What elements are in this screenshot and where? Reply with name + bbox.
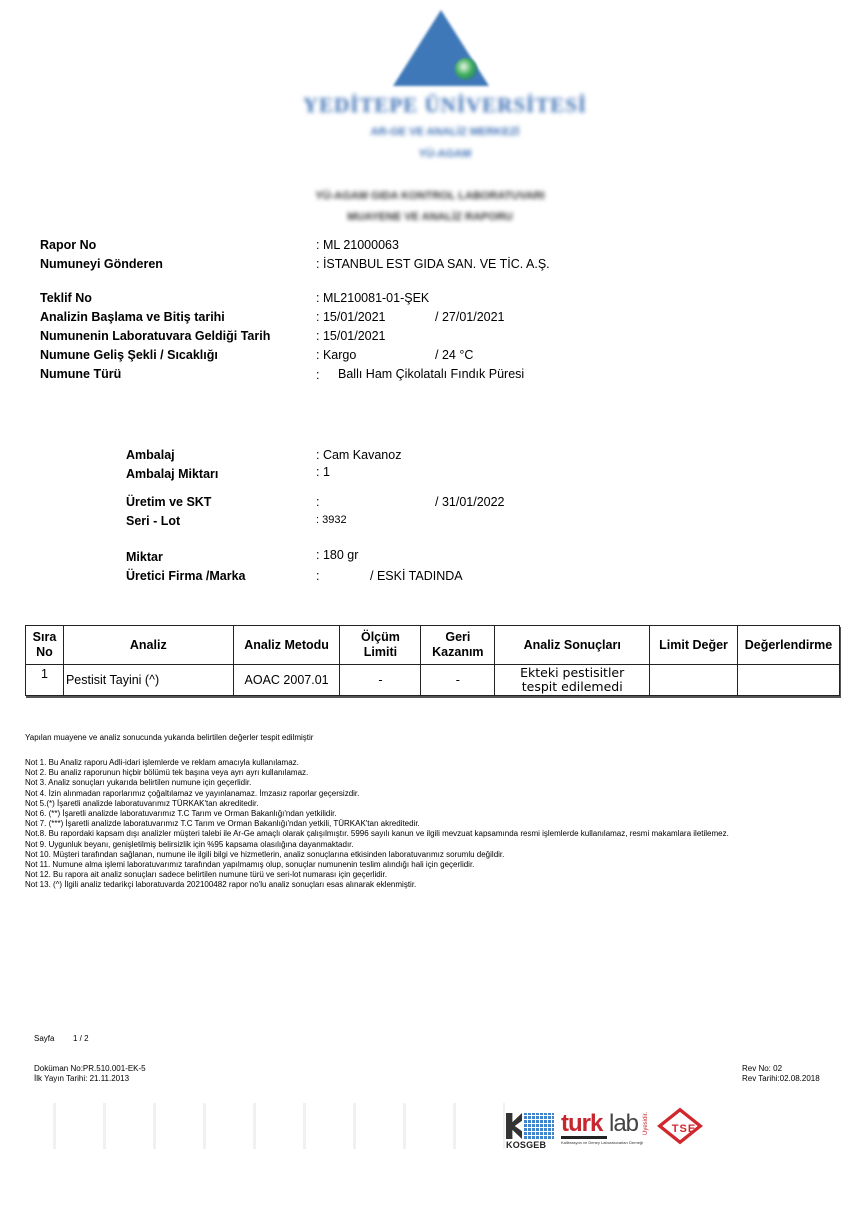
note-item: Not 3. Analiz sonuçları yukarıda belirti… xyxy=(25,778,729,788)
teklif-no-value: : ML210081-01-ŞEK xyxy=(316,291,429,305)
uretici-label: Üretici Firma /Marka xyxy=(126,569,246,583)
revision-number: Rev No: 02 xyxy=(742,1064,782,1074)
numune-turu-colon: : xyxy=(316,368,319,382)
tse-logo: TSE xyxy=(660,1117,710,1145)
page-label: Sayfa xyxy=(34,1034,54,1044)
first-publication-date: İlk Yayın Tarihi: 21.11.2013 xyxy=(34,1074,129,1084)
note-item: Not 5.(*) İşaretli analizde laboratuvarı… xyxy=(25,799,729,809)
ambalaj-value: : Cam Kavanoz xyxy=(316,448,401,462)
header-olcum-limiti: ÖlçümLimiti xyxy=(340,626,421,665)
rapor-no-label: Rapor No xyxy=(40,238,96,252)
table-header-row: SıraNo Analiz Analiz Metodu ÖlçümLimiti … xyxy=(26,626,840,665)
note-item: Not.8. Bu rapordaki kapsam dışı analizle… xyxy=(25,829,729,839)
analiz-baslama-value: : 15/01/2021 xyxy=(316,310,386,324)
uretim-skt-colon: : xyxy=(316,495,319,509)
table-row: 1 Pestisit Tayini (^) AOAC 2007.01 - - E… xyxy=(26,665,840,696)
note-item: Not 7. (***) İşaretli analizde laboratuv… xyxy=(25,819,729,829)
cell-analiz-sonucu: Ekteki pestisitlertespit edilemedi xyxy=(495,665,650,696)
lab-title: YÜ-AGAM GIDA KONTROL LABORATUVARI xyxy=(230,190,630,202)
gelis-tarih-label: Numunenin Laboratuvara Geldiği Tarih xyxy=(40,329,270,343)
note-item: Not 6. (**) İşaretli analizde laboratuva… xyxy=(25,809,729,819)
header-analiz-sonuclari: Analiz Sonuçları xyxy=(495,626,650,665)
header-analiz-metodu: Analiz Metodu xyxy=(233,626,340,665)
document-number: Doküman No:PR.510.001-EK-5 xyxy=(34,1064,146,1074)
kosgeb-grid-icon xyxy=(524,1113,554,1139)
numune-turu-label: Numune Türü xyxy=(40,367,121,381)
sicaklik-value: / 24 °C xyxy=(435,348,473,362)
cell-sira-no: 1 xyxy=(26,665,64,696)
analiz-bitis-value: / 27/01/2021 xyxy=(435,310,505,324)
university-logo-globe-icon xyxy=(455,58,477,80)
header-geri-kazanim: GeriKazanım xyxy=(421,626,495,665)
cell-analiz: Pestisit Tayini (^) xyxy=(63,665,233,696)
miktar-label: Miktar xyxy=(126,550,163,564)
note-item: Not 10. Müşteri tarafından sağlanan, num… xyxy=(25,850,729,860)
teklif-no-label: Teklif No xyxy=(40,291,92,305)
ambalaj-label: Ambalaj xyxy=(126,448,175,462)
skt-value: / 31/01/2022 xyxy=(435,495,505,509)
page-number: 1 / 2 xyxy=(73,1034,89,1044)
cell-geri-kazanim: - xyxy=(421,665,495,696)
note-item: Not 9. Uygunluk beyanı, genişletilmiş be… xyxy=(25,840,729,850)
revision-date: Rev Tarihi:02.08.2018 xyxy=(742,1074,820,1084)
center-name: AR-GE VE ANALİZ MERKEZİ xyxy=(300,126,590,138)
gelis-tarih-value: : 15/01/2021 xyxy=(316,329,386,343)
cell-metot: AOAC 2007.01 xyxy=(233,665,340,696)
header-limit-deger: Limit Değer xyxy=(650,626,738,665)
cell-olcum-limiti: - xyxy=(340,665,421,696)
note-item: Not 1. Bu Analiz raporu Adli-idari işlem… xyxy=(25,758,729,768)
miktar-value: : 180 gr xyxy=(316,548,358,562)
seri-lot-value: : 3932 xyxy=(316,514,347,526)
gelis-sekli-value: : Kargo xyxy=(316,348,356,362)
note-item: Not 2. Bu analiz raporunun hiçbir bölümü… xyxy=(25,768,729,778)
cell-limit-deger xyxy=(650,665,738,696)
header-analiz: Analiz xyxy=(63,626,233,665)
ambalaj-miktari-label: Ambalaj Miktarı xyxy=(126,467,218,481)
marka-value: / ESKİ TADINDA xyxy=(370,569,463,583)
gonderen-value: : İSTANBUL EST GIDA SAN. VE TİC. A.Ş. xyxy=(316,257,550,271)
cell-degerlendirme xyxy=(737,665,839,696)
notes-list: Not 1. Bu Analiz raporu Adli-idari işlem… xyxy=(25,758,729,891)
results-table: SıraNo Analiz Analiz Metodu ÖlçümLimiti … xyxy=(25,625,840,696)
center-short-name: YÜ-AGAM xyxy=(300,148,590,160)
kosgeb-k-icon xyxy=(506,1113,522,1139)
header-degerlendirme: Değerlendirme xyxy=(737,626,839,665)
note-item: Not 4. İzin alınmadan raporlarımız çoğal… xyxy=(25,789,729,799)
note-item: Not 12. Bu rapora ait analiz sonuçları s… xyxy=(25,870,729,880)
uretim-skt-label: Üretim ve SKT xyxy=(126,495,211,509)
gelis-sekli-label: Numune Geliş Şekli / Sıcaklığı xyxy=(40,348,218,362)
conclusion-text: Yapılan muayene ve analiz sonucunda yuka… xyxy=(25,733,313,742)
report-title: MUAYENE VE ANALİZ RAPORU xyxy=(230,211,630,223)
numune-turu-value: Ballı Ham Çikolatalı Fındık Püresi xyxy=(338,367,524,381)
seri-lot-label: Seri - Lot xyxy=(126,514,180,528)
kosgeb-logo: KOSGEB xyxy=(506,1113,554,1151)
note-item: Not 11. Numune alma işlemi laboratuvarım… xyxy=(25,860,729,870)
ambalaj-miktari-value: : 1 xyxy=(316,465,330,479)
turklab-logo: turk lab Kalibrasyon ve Deney Laboratuva… xyxy=(561,1110,651,1150)
university-name: YEDİTEPE ÜNİVERSİTESİ xyxy=(300,93,590,118)
faint-barcode-stripes xyxy=(25,1103,505,1149)
gonderen-label: Numuneyi Gönderen xyxy=(40,257,163,271)
analiz-tarih-label: Analizin Başlama ve Bitiş tarihi xyxy=(40,310,225,324)
note-item: Not 13. (^) İlgili analiz tedarikçi labo… xyxy=(25,880,729,890)
uretici-colon: : xyxy=(316,569,319,583)
rapor-no-value: : ML 21000063 xyxy=(316,238,399,252)
header-sira-no: SıraNo xyxy=(26,626,64,665)
